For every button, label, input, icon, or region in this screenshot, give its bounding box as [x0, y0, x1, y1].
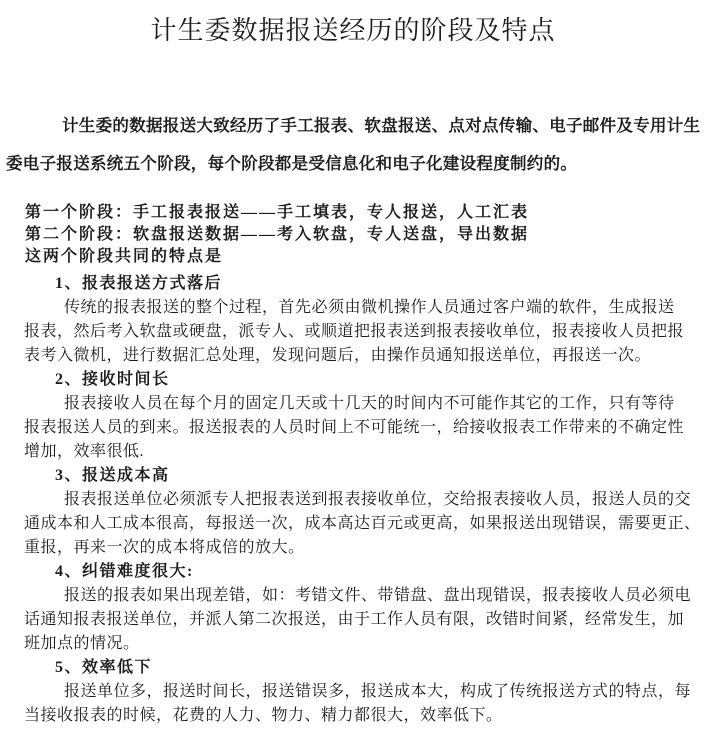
- paragraph-line: 当接收报表的时候，花费的人力、物力、精力都很大，效率低下。: [24, 704, 706, 728]
- paragraph-line: 增加，效率很低.: [24, 440, 706, 464]
- stage-line-1: 第一个阶段：手工报表报送——手工填表，专人报送，人工汇表: [25, 202, 706, 224]
- section-heading-3: 3、报送成本高: [55, 464, 706, 488]
- stage-summary-line: 这两个阶段共同的特点是: [25, 246, 706, 268]
- paragraph-line: 传统的报表报送的整个过程，首先必须由微机操作人员通过客户端的软件，生成报送: [24, 296, 706, 320]
- section-heading-2: 2、接收时间长: [55, 368, 706, 392]
- intro-line: 计生委的数据报送大致经历了手工报表、软盘报送、点对点传输、电子邮件及专用计生: [6, 107, 698, 145]
- section-heading-4: 4、纠错难度很大:: [55, 560, 706, 584]
- paragraph-line: 报表接收人员在每个月的固定几天或十几天的时间内不可能作其它的工作，只有等待: [24, 392, 706, 416]
- section-heading-5: 5、效率低下: [55, 656, 706, 680]
- paragraph-line: 报表，然后考入软盘或硬盘，派专人、或顺道把报表送到报表接收单位，报表接收人员把报: [24, 320, 706, 344]
- paragraph-line: 话通知报表报送单位，并派人第二次报送，由于工作人员有限，改错时间紧，经常发生，加: [24, 608, 706, 632]
- paragraph-line: 报表报送单位必须派专人把报表送到报表接收单位，交给报表接收人员，报送人员的交: [24, 488, 706, 512]
- paragraph-line: 重报，再来一次的成本将成倍的放大。: [24, 536, 706, 560]
- paragraph-line: 通成本和人工成本很高，每报送一次，成本高达百元或更高，如果报送出现错误，需要更正…: [24, 512, 706, 536]
- intro-paragraph: 计生委的数据报送大致经历了手工报表、软盘报送、点对点传输、电子邮件及专用计生 委…: [6, 107, 698, 183]
- document-page: 计生委数据报送经历的阶段及特点 计生委的数据报送大致经历了手工报表、软盘报送、点…: [0, 0, 706, 737]
- document-title: 计生委数据报送经历的阶段及特点: [0, 14, 706, 48]
- paragraph-line: 班加点的情况。: [24, 632, 706, 656]
- intro-line: 委电子报送系统五个阶段，每个阶段都是受信息化和电子化建设程度制约的。: [6, 145, 698, 183]
- paragraph-line: 报送单位多，报送时间长，报送错误多，报送成本大，构成了传统报送方式的特点，每: [24, 680, 706, 704]
- paragraph-line: 报表报送人员的到来。报送报表的人员时间上不可能统一，给接收报表工作带来的不确定性: [24, 416, 706, 440]
- paragraph-line: 报送的报表如果出现差错，如：考错文件、带错盘、盘出现错误，报表接收人员必须电: [24, 584, 706, 608]
- paragraph-line: 表考入微机，进行数据汇总处理，发现问题后，由操作员通知报送单位，再报送一次。: [24, 344, 706, 368]
- stage-line-2: 第二个阶段：软盘报送数据——考入软盘，专人送盘，导出数据: [25, 224, 706, 246]
- feature-sections: 1、报表报送方式落后 传统的报表报送的整个过程，首先必须由微机操作人员通过客户端…: [0, 272, 706, 728]
- stage-list: 第一个阶段：手工报表报送——手工填表，专人报送，人工汇表 第二个阶段：软盘报送数…: [25, 202, 706, 268]
- section-heading-1: 1、报表报送方式落后: [55, 272, 706, 296]
